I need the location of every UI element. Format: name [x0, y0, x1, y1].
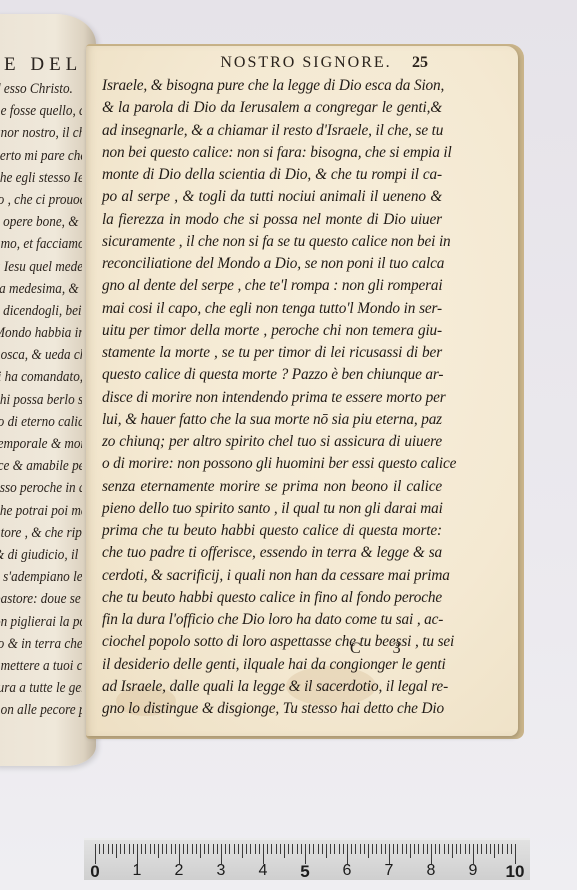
- text-line: che egli stesso Iesu: [0, 167, 82, 189]
- text-line: nosca, & ueda che tu: [0, 344, 82, 366]
- ruler-tick: [376, 844, 377, 854]
- ruler-label: 5: [300, 862, 309, 882]
- ruler-tick: [444, 844, 445, 854]
- ruler-tick: [490, 844, 491, 854]
- ruler-tick: [448, 844, 449, 854]
- ruler-tick: [99, 844, 100, 854]
- text-line: certo mi pare che egli: [0, 145, 82, 167]
- ruler-tick: [271, 844, 272, 854]
- ruler-tick: [402, 844, 403, 854]
- ruler-tick: [372, 844, 373, 854]
- text-line: Mondo habbia in te: [0, 322, 82, 344]
- ruler-tick: [288, 844, 289, 854]
- ruler-tick: [284, 844, 285, 858]
- text-line: pieno dello tuo spirito santo , il qual …: [102, 498, 442, 520]
- ruler-tick: [166, 844, 167, 854]
- ruler-label: 3: [217, 862, 226, 880]
- ruler-tick: [502, 844, 503, 854]
- text-line: ra medesima, & altre: [0, 278, 82, 300]
- ruler-tick: [297, 844, 298, 854]
- ruler-tick: [381, 844, 382, 854]
- ruler-tick: [477, 844, 478, 854]
- ruler-tick: [364, 844, 365, 854]
- text-line: esso peroche in questo: [0, 477, 82, 499]
- text-line: non alle pecore perdute: [0, 699, 82, 721]
- text-line: temporale & monu: [0, 433, 82, 455]
- ruler-tick: [318, 844, 319, 854]
- text-line: chi possa berlo senza: [0, 389, 82, 411]
- ruler-tick: [435, 844, 436, 854]
- ruler-tick: [108, 844, 109, 854]
- ruler-tick: [267, 844, 268, 854]
- text-line: che tu beuto habbi questo calice in fino…: [102, 587, 442, 609]
- ruler-tick: [494, 844, 495, 858]
- ruler-tick: [309, 844, 310, 854]
- text-line: Israele, & bisogna pure che la legge di …: [102, 75, 442, 97]
- text-line: non bei questo calice: non si fara: biso…: [102, 142, 442, 164]
- text-line: atore , & che ripo: [0, 522, 82, 544]
- text-line: zo chiunq; per altro spirito chel tuo si…: [102, 431, 442, 453]
- text-line: & di giudicio, il qual: [0, 544, 82, 566]
- text-line: pastore: doue se tu: [0, 588, 82, 610]
- ruler-tick: [313, 844, 314, 854]
- ruler-tick: [141, 844, 142, 854]
- ruler-tick: [276, 844, 277, 854]
- text-line: amo, et facciamo di ben: [0, 233, 82, 255]
- text-line: ad Israele, dalle quali la legge & il sa…: [102, 676, 442, 698]
- text-line: che potrai poi man: [0, 500, 82, 522]
- ruler-tick: [196, 844, 197, 854]
- ruler-tick: [456, 844, 457, 854]
- ruler-tick: [246, 844, 247, 854]
- ruler-tick: [301, 844, 302, 854]
- page-number: 25: [398, 54, 428, 72]
- ruler-tick: [208, 844, 209, 854]
- ruler-tick: [145, 844, 146, 854]
- ruler-tick: [112, 844, 113, 854]
- text-line: lo di eterno calice, di: [0, 411, 82, 433]
- left-text-block: d esso Christo.he fosse quello, che dice…: [0, 78, 94, 721]
- ruler-tick: [183, 844, 184, 854]
- text-line: gno lo distingue & disgionge, Tu stesso …: [102, 698, 442, 720]
- text-line: questo calice di questa morte ? Pazzo è …: [102, 364, 442, 386]
- ruler-tick: [204, 844, 205, 854]
- ruler-tick: [263, 844, 264, 864]
- ruler-tick: [187, 844, 188, 854]
- ruler-tick: [339, 844, 340, 854]
- ruler-tick: [414, 844, 415, 854]
- ruler-tick: [213, 844, 214, 854]
- ruler-tick: [343, 844, 344, 854]
- text-line: disce di morire non intendendo prima te …: [102, 387, 442, 409]
- ruler-tick: [162, 844, 163, 854]
- text-line: lce & amabile per lo: [0, 455, 82, 477]
- text-line: e dicendogli, bei questo: [0, 300, 82, 322]
- ruler-label: 4: [259, 862, 268, 880]
- ruler-tick: [229, 844, 230, 854]
- ruler-tick: [103, 844, 104, 854]
- ruler-tick: [385, 844, 386, 854]
- ruler-tick: [133, 844, 134, 854]
- text-line: uitu per timor della morte , peroche chi…: [102, 320, 442, 342]
- ruler-tick: [150, 844, 151, 854]
- ruler-tick: [368, 844, 369, 858]
- ruler-tick: [238, 844, 239, 854]
- left-page: E DEL d esso Christo.he fosse quello, ch…: [0, 14, 96, 766]
- text-line: prima che tu beuto habbi questo calice d…: [102, 520, 442, 542]
- text-line: & la parola di Dio da Ierusalem a congre…: [102, 97, 442, 119]
- text-line: sicuramente , il che non si fa se tu que…: [102, 231, 442, 253]
- text-line: monte di Dio della scientia di Dio, & ch…: [102, 164, 442, 186]
- text-line: ti ha comandato, cosi: [0, 366, 82, 388]
- text-line: he fosse quello, che dice: [0, 100, 82, 122]
- ruler-tick: [431, 844, 432, 864]
- ruler-tick: [217, 844, 218, 854]
- text-line: cerdoti, & sacrificij, i quali non han d…: [102, 565, 442, 587]
- ruler-tick: [116, 844, 117, 858]
- ruler-tick: [389, 844, 390, 864]
- ruler-tick: [192, 844, 193, 854]
- text-line: e opere bone, & a pro: [0, 211, 82, 233]
- text-line: a Iesu quel medesimo: [0, 256, 82, 278]
- ruler-tick: [481, 844, 482, 854]
- ruler-tick: [439, 844, 440, 854]
- right-page: NOSTRO SIGNORE. 25 Israele, & bisogna pu…: [86, 46, 518, 736]
- ruler-tick: [225, 844, 226, 854]
- ruler-tick: [330, 844, 331, 854]
- text-line: mai cosi il capo, che egli non tenga tut…: [102, 298, 442, 320]
- text-line: amettere a tuoi che: [0, 655, 82, 677]
- ruler-tick: [465, 844, 466, 854]
- scale-ruler: 012345678910: [84, 838, 530, 880]
- text-line: lo & in terra che se: [0, 633, 82, 655]
- ruler-tick: [410, 844, 411, 858]
- left-running-head: E DEL: [4, 54, 82, 76]
- ruler-tick: [154, 844, 155, 854]
- ruler-tick: [95, 844, 96, 864]
- text-line: ad insegnarle, & a chiamar il resto d'Is…: [102, 120, 442, 142]
- ruler-tick: [234, 844, 235, 854]
- ruler-tick: [393, 844, 394, 854]
- ruler-label: 2: [175, 862, 184, 880]
- ruler-tick: [507, 844, 508, 854]
- ruler-tick: [322, 844, 323, 854]
- ruler-tick: [406, 844, 407, 854]
- text-line: gno al dente del serpe , che te'l rompa …: [102, 275, 442, 297]
- ruler-tick: [452, 844, 453, 858]
- ruler-tick: [397, 844, 398, 854]
- ruler-tick: [200, 844, 201, 858]
- ruler-label: 1: [133, 862, 142, 880]
- ruler-tick: [486, 844, 487, 854]
- signature-mark: C 3: [350, 640, 415, 658]
- text-line: tura a tutte le genti: [0, 677, 82, 699]
- ruler-tick: [326, 844, 327, 858]
- running-head: NOSTRO SIGNORE.: [191, 54, 421, 72]
- text-line: che tuo padre ti offerisce, essendo in t…: [102, 542, 442, 564]
- ruler-tick: [175, 844, 176, 854]
- ruler-tick: [473, 844, 474, 864]
- ruler-tick: [242, 844, 243, 858]
- ruler-label: 0: [90, 862, 99, 882]
- text-line: d esso Christo.: [0, 78, 82, 100]
- ruler-label: 9: [469, 862, 478, 880]
- ruler-tick: [179, 844, 180, 864]
- ruler-tick: [158, 844, 159, 858]
- ruler-tick: [498, 844, 499, 854]
- ruler-tick: [280, 844, 281, 854]
- text-line: e s'adempiano le scritture: [0, 566, 82, 588]
- text-line: fin la dura l'officio che Dio loro ha da…: [102, 609, 442, 631]
- ruler-tick: [355, 844, 356, 854]
- ruler-tick: [334, 844, 335, 854]
- ruler-tick: [515, 844, 516, 864]
- text-line: on piglierai la potesta: [0, 611, 82, 633]
- ruler-label: 7: [385, 862, 394, 880]
- text-line: senza eternamente morire se prima non be…: [102, 476, 442, 498]
- ruler-tick: [171, 844, 172, 854]
- ruler-label: 8: [427, 862, 436, 880]
- ruler-tick: [292, 844, 293, 854]
- ruler-tick: [255, 844, 256, 854]
- ruler-label: 10: [506, 862, 525, 882]
- ruler-tick: [351, 844, 352, 854]
- ruler-tick: [360, 844, 361, 854]
- ruler-tick: [469, 844, 470, 854]
- ruler-tick: [259, 844, 260, 854]
- ruler-tick: [221, 844, 222, 864]
- ruler-tick: [423, 844, 424, 854]
- ruler-tick: [460, 844, 461, 854]
- ruler-ticks: [95, 844, 515, 864]
- ruler-tick: [250, 844, 251, 854]
- ruler-label: 6: [343, 862, 352, 880]
- ruler-tick: [129, 844, 130, 854]
- text-line: po al serpe , & togli da tutti nociui an…: [102, 186, 442, 208]
- text-line: gnor nostro, il che chi: [0, 122, 82, 144]
- text-line: la fierezza in modo che si possa nel mon…: [102, 209, 442, 231]
- ruler-tick: [137, 844, 138, 864]
- ruler-tick: [120, 844, 121, 854]
- ruler-tick: [305, 844, 306, 864]
- right-text-block: Israele, & bisogna pure che la legge di …: [102, 75, 442, 720]
- ruler-tick: [511, 844, 512, 854]
- ruler-tick: [124, 844, 125, 854]
- text-line: o di morire: non possono gli huomini ber…: [102, 453, 442, 475]
- ruler-tick: [418, 844, 419, 854]
- text-line: lui, & hauer fatto che la sua morte nō s…: [102, 409, 442, 431]
- text-line: stamente la morte , se tu per timor di l…: [102, 342, 442, 364]
- ruler-tick: [427, 844, 428, 854]
- ruler-tick: [347, 844, 348, 864]
- text-line: io , che ci prouoca a far: [0, 189, 82, 211]
- text-line: reconciliatione del Mondo a Dio, se non …: [102, 253, 442, 275]
